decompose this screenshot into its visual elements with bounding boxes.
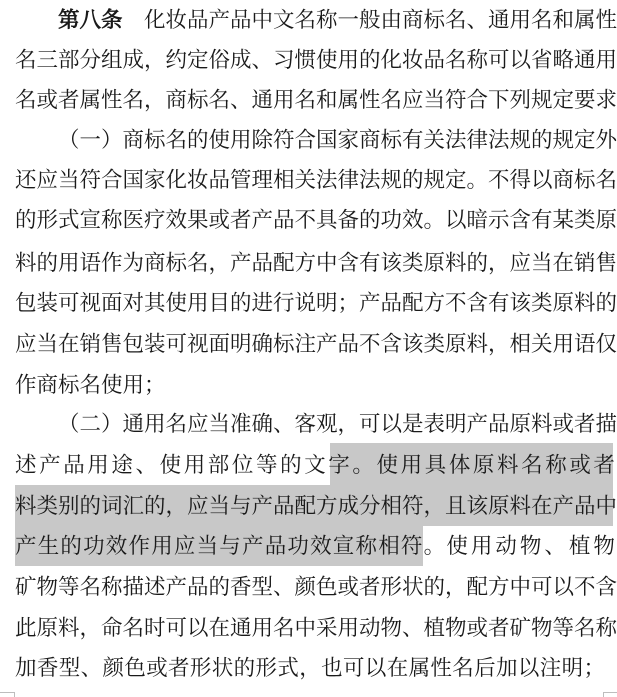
clause1-line-6: 应当在销售包装可视面明确标注产品不含该类原料，相关用语仅 <box>15 331 605 359</box>
margin-corner-mark-right <box>603 692 617 697</box>
margin-corner-mark-left <box>0 692 15 697</box>
clause1-line-2: 还应当符合国家化妆品管理相关法律法规的规定。不得以商标名 <box>15 167 605 195</box>
clause2-line-1: （二）通用名应当准确、客观，可以是表明产品原料或者描 <box>58 411 605 439</box>
clause2-line-5: 矿物等名称描述产品的香型、颜色或者形状的，配方中可以不含 <box>15 574 605 602</box>
clause2-line-6: 此原料，命名时可以在通用名中采用动物、植物或者矿物等名称 <box>15 615 605 643</box>
clause2-plain-text: 述产品用途、使用部位等的文字。 <box>15 452 377 480</box>
clause2-plain-text-2: 使用动物、植物或者 <box>446 533 617 561</box>
highlighted-text: 使用具体原料名称或者表明原 <box>377 452 617 480</box>
article-line-1: 第八条 化妆品产品中文名称一般由商标名、通用名和属性 <box>58 7 605 35</box>
article-line-2: 名三部分组成，约定俗成、习惯使用的化妆品名称可以省略通用 <box>15 47 605 75</box>
article-text: 化妆品产品中文名称一般由商标名、通用名和属性 <box>144 8 617 33</box>
clause1-line-4: 料的用语作为商标名，产品配方中含有该类原料的，应当在销售 <box>15 250 605 278</box>
clause1-line-1: （一）商标名的使用除符合国家商标有关法律法规的规定外， <box>58 127 605 155</box>
article-heading: 第八条 <box>58 8 123 33</box>
clause1-line-3: 的形式宣称医疗效果或者产品不具备的功效。以暗示含有某类原 <box>15 207 605 235</box>
clause2-line-2: 述产品用途、使用部位等的文字。 使用具体原料名称或者表明原 <box>15 452 605 480</box>
article-line-3: 名或者属性名，商标名、通用名和属性名应当符合下列规定要求： <box>15 87 605 115</box>
clause1-line-5: 包装可视面对其使用目的进行说明；产品配方不含有该类原料的， <box>15 290 605 318</box>
clause1-line-7: 作商标名使用； <box>15 372 605 400</box>
clause2-line-4: 产生的功效作用应当与产品功效宣称相符。 使用动物、植物或者 <box>15 533 605 561</box>
document-page: 第八条 化妆品产品中文名称一般由商标名、通用名和属性 名三部分组成，约定俗成、习… <box>0 0 617 697</box>
clause2-line-3-highlighted: 料类别的词汇的，应当与产品配方成分相符，且该原料在产品中 <box>15 493 605 521</box>
highlighted-text-end: 产生的功效作用应当与产品功效宣称相符。 <box>15 533 446 561</box>
clause2-line-7: 加香型、颜色或者形状的形式，也可以在属性名后加以注明； <box>15 655 605 683</box>
